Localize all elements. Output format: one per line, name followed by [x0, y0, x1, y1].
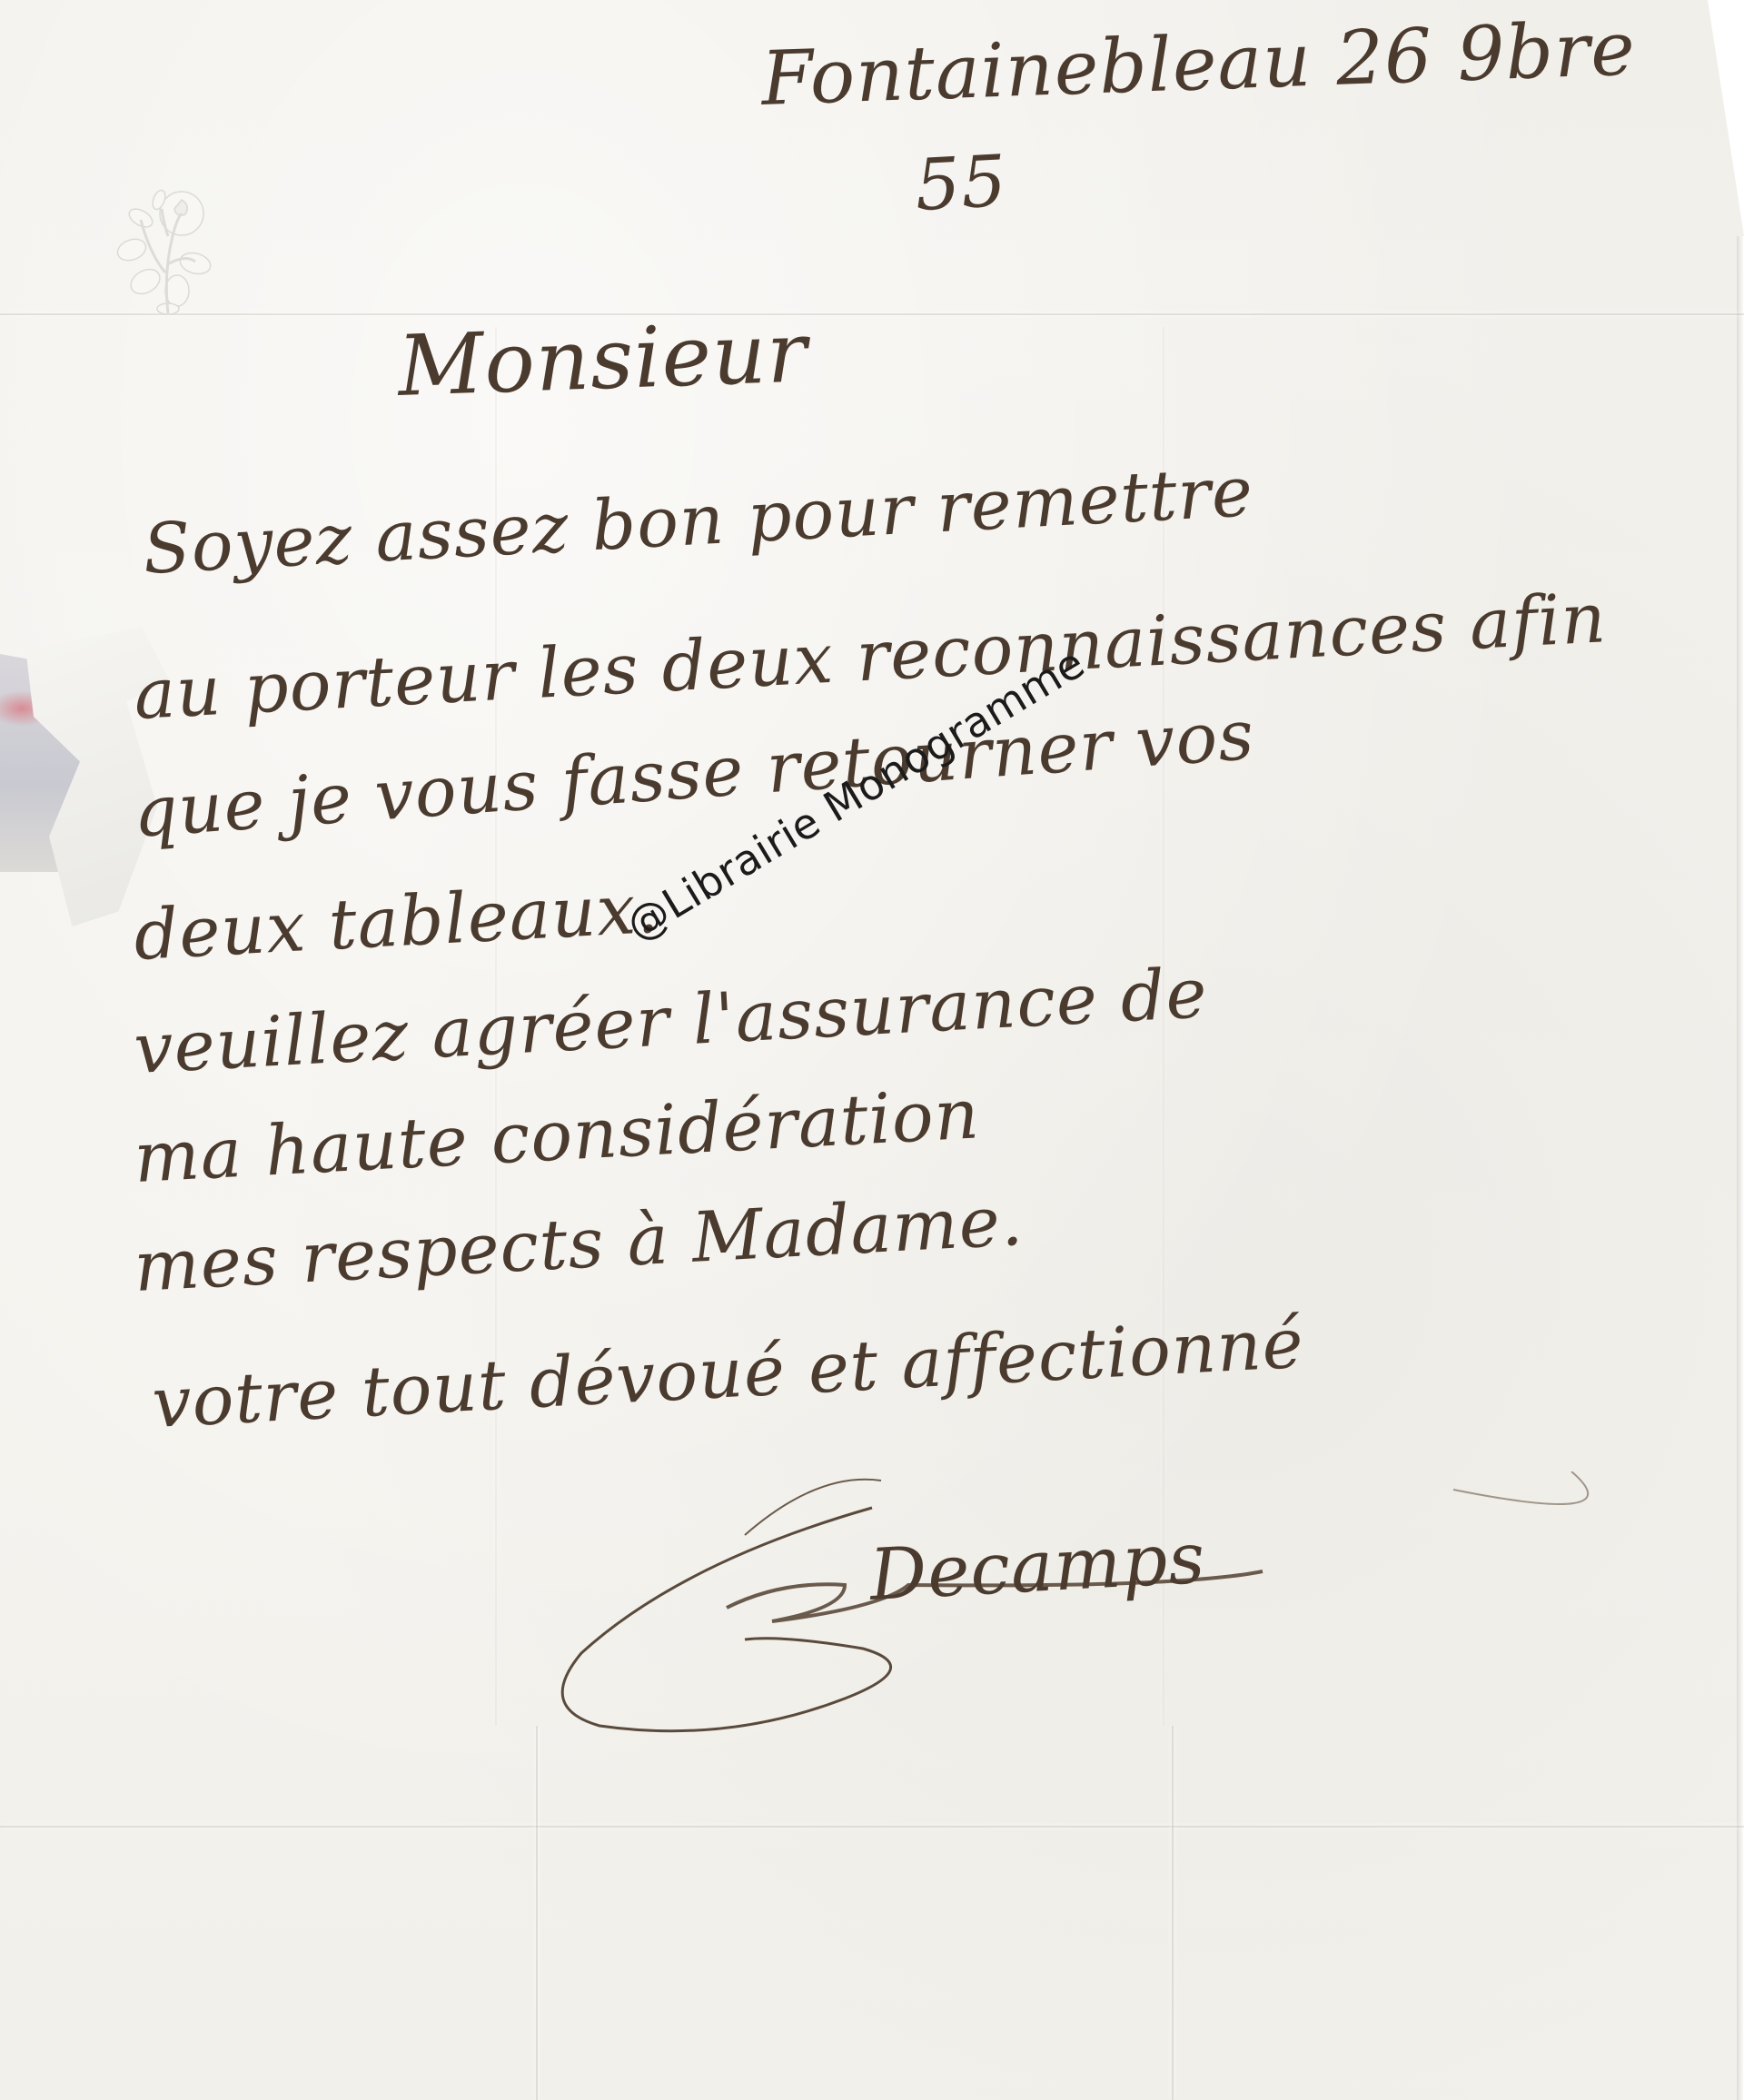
body-line: Soyez assez bon pour remettre	[141, 451, 1254, 589]
body-line: ma haute considération	[132, 1073, 981, 1198]
fold-line	[0, 313, 1744, 315]
salutation: Monsieur	[396, 303, 809, 415]
body-line: deux tableaux.	[132, 867, 661, 976]
dateline-year: 55	[913, 141, 1009, 227]
rose-emboss-icon	[91, 163, 245, 318]
body-line: au porteur les deux reconnaissances afin	[132, 577, 1608, 735]
letter-page: Fontainebleau 26 9bre 55 Monsieur Soyez …	[0, 0, 1744, 2100]
fold-line	[536, 1726, 538, 2100]
dateline-place-date: Fontainebleau 26 9bre	[760, 5, 1638, 123]
signature-flourish-icon	[545, 1471, 1635, 1798]
body-line: mes respects à Madame.	[132, 1180, 1025, 1307]
paper-edge	[1737, 236, 1744, 2100]
torn-corner	[1708, 0, 1744, 236]
fold-line	[0, 1826, 1744, 1828]
closing-line: votre tout dévoué et affectionné	[150, 1303, 1305, 1443]
body-line: veuillez agréer l'assurance de	[132, 952, 1209, 1089]
